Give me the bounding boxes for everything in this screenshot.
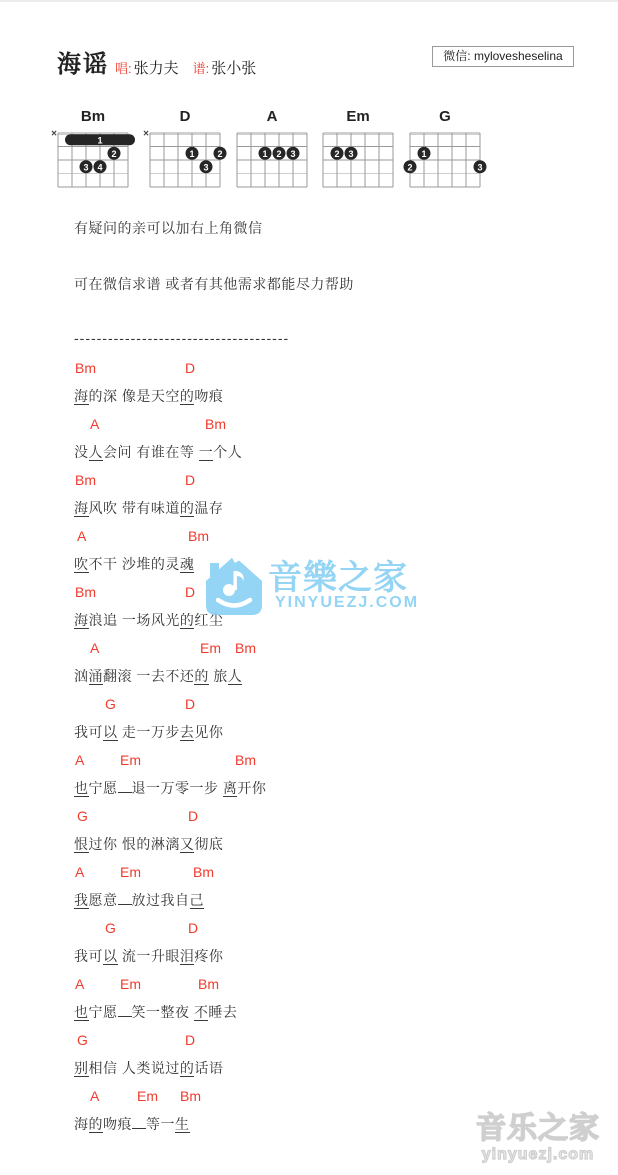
- lyric-segment: 我可: [74, 724, 103, 740]
- lyric-segment: 的: [180, 388, 195, 405]
- lyric-segment: 己: [190, 892, 205, 909]
- chord-label: D: [185, 690, 195, 718]
- svg-text:1: 1: [262, 149, 267, 159]
- chord-diagram-d: D×123: [141, 110, 229, 194]
- lyric-segment: 流一升眼: [118, 948, 180, 964]
- lyric-segment: 相信 人类说过: [89, 1060, 180, 1076]
- chord-label: Bm: [235, 634, 256, 662]
- lyric-segment: 去: [180, 724, 195, 741]
- chord-name: Em: [314, 110, 402, 124]
- lyric-segment: 话语: [194, 1060, 223, 1076]
- lyric-segment: 放过我自: [132, 892, 190, 908]
- lyric-line: 吹不干 沙堆的灵魂: [74, 550, 604, 578]
- lyric-segment: 翻滚 一去不还: [103, 668, 194, 684]
- svg-text:1: 1: [189, 149, 194, 159]
- lyric-segment: 会问 有谁在等: [103, 444, 199, 460]
- lyric-segment: 浪追 一场风光: [89, 612, 180, 628]
- lyric-segment: 愿意: [89, 892, 118, 908]
- wechat-contact-box: 微信: mylovesheselina: [432, 46, 574, 67]
- top-divider-line: [0, 0, 618, 2]
- lyric-segment: 人: [89, 444, 104, 461]
- chord-label: D: [185, 354, 195, 382]
- lyric-line: 海浪追 一场风光的红尘: [74, 606, 604, 634]
- svg-text:2: 2: [334, 149, 339, 159]
- chord-name: A: [228, 110, 316, 124]
- lyric-segment: 过你 恨的淋漓: [89, 836, 180, 852]
- lyric-segment: 生: [175, 1116, 190, 1133]
- chord-label: Bm: [180, 1082, 201, 1110]
- singer-label: 唱:: [115, 61, 132, 76]
- chord-name: Bm: [49, 110, 137, 124]
- lyric-segment: 彻底: [194, 836, 223, 852]
- lyric-segment: 也: [74, 780, 89, 797]
- chord-diagram-g: G123: [401, 110, 489, 194]
- lyric-segment: 泪: [180, 948, 195, 965]
- chord-name: D: [141, 110, 229, 124]
- credits: 唱:张力夫谱:张小张: [115, 57, 270, 78]
- chord-grid: ×123: [141, 126, 229, 194]
- svg-text:2: 2: [217, 149, 222, 159]
- lyric-line: 我可以 流一升眼泪疼你: [74, 942, 604, 970]
- lyric-segment: 的深 像是天空: [89, 388, 180, 404]
- lyric-segment: 没: [74, 444, 89, 460]
- lyric-segment: 吻痕: [194, 388, 223, 404]
- svg-text:3: 3: [83, 162, 88, 172]
- lyric-segment: 人: [228, 668, 243, 685]
- chord-label: G: [105, 690, 116, 718]
- song-title: 海谣: [57, 44, 109, 79]
- lyric-segment: 风吹 带有味道: [89, 500, 180, 516]
- chord-line: AEmBm: [74, 858, 604, 886]
- chord-line: ABm: [74, 410, 604, 438]
- svg-text:2: 2: [407, 162, 412, 172]
- lyric-segment: 走一万步: [118, 724, 180, 740]
- lyric-segment: 海: [74, 1116, 89, 1132]
- lyric-segment: 旅: [209, 668, 228, 684]
- chord-line: BmD: [74, 466, 604, 494]
- lyric-segment: 的: [89, 1116, 104, 1133]
- chord-line: GD: [74, 1026, 604, 1054]
- chord-label: A: [90, 410, 99, 438]
- chord-sheet-page: 海谣 唱:张力夫谱:张小张 微信: mylovesheselina Bm×123…: [0, 0, 618, 1175]
- lyric-segment: 笑一整夜: [132, 1004, 194, 1020]
- chord-line: ABm: [74, 522, 604, 550]
- lyric-segment: 离: [223, 780, 238, 797]
- chord-line: GD: [74, 690, 604, 718]
- lyric-segment: 也: [74, 1004, 89, 1021]
- dashed-divider: --------------------------------------: [74, 330, 289, 346]
- chord-diagrams-row: Bm×1234D×123A123Em23G123: [0, 110, 618, 200]
- chord-line: BmD: [74, 578, 604, 606]
- lyric-segment: 海: [74, 500, 89, 517]
- chord-label: Em: [200, 634, 221, 662]
- lyric-segment: 等一: [146, 1116, 175, 1132]
- svg-text:1: 1: [421, 149, 426, 159]
- underline-blank: [118, 887, 132, 905]
- song-body: BmD海的深 像是天空的吻痕ABm没人会问 有谁在等 一个人BmD海风吹 带有味…: [74, 354, 604, 1138]
- lyric-segment: 的: [180, 612, 195, 629]
- lyric-segment: 涌: [89, 668, 104, 685]
- chord-label: Bm: [198, 970, 219, 998]
- lyric-line: 也宁愿退一万零一步 离开你: [74, 774, 604, 802]
- chord-line: BmD: [74, 354, 604, 382]
- chord-label: G: [105, 914, 116, 942]
- chord-label: D: [188, 802, 198, 830]
- chord-label: Bm: [75, 354, 96, 382]
- underline-blank: [118, 999, 132, 1017]
- chord-name: G: [401, 110, 489, 124]
- chord-label: G: [77, 802, 88, 830]
- chord-label: Em: [120, 858, 141, 886]
- svg-text:3: 3: [477, 162, 482, 172]
- chord-line: GD: [74, 914, 604, 942]
- lyric-segment: 疼你: [194, 948, 223, 964]
- lyric-segment: 睡去: [208, 1004, 237, 1020]
- chord-line: AEmBm: [74, 1082, 604, 1110]
- lyric-segment: 以: [103, 948, 118, 965]
- lyric-line: 别相信 人类说过的话语: [74, 1054, 604, 1082]
- svg-text:2: 2: [111, 149, 116, 159]
- chord-grid: 123: [228, 126, 316, 194]
- composer-name: 张小张: [211, 60, 256, 77]
- chord-grid: 23: [314, 126, 402, 194]
- lyric-segment: 我: [74, 892, 89, 909]
- lyric-segment: 魂: [180, 556, 195, 573]
- lyric-segment: 以: [103, 724, 118, 741]
- lyric-line: 我可以 走一万步去见你: [74, 718, 604, 746]
- lyric-segment: 我可: [74, 948, 103, 964]
- note-line-2: 可在微信求谱 或者有其他需求都能尽力帮助: [74, 274, 354, 294]
- chord-label: Bm: [205, 410, 226, 438]
- chord-label: A: [75, 970, 84, 998]
- chord-label: A: [90, 1082, 99, 1110]
- chord-label: Em: [120, 970, 141, 998]
- chord-line: AEmBm: [74, 634, 604, 662]
- chord-label: A: [90, 634, 99, 662]
- lyric-segment: 温存: [194, 500, 223, 516]
- lyric-segment: 吻痕: [103, 1116, 132, 1132]
- lyric-segment: 的: [194, 668, 209, 685]
- chord-diagram-a: A123: [228, 110, 316, 194]
- lyric-segment: 的: [180, 500, 195, 517]
- chord-label: D: [185, 466, 195, 494]
- lyric-segment: 退一万零一步: [132, 780, 223, 796]
- lyric-line: 没人会问 有谁在等 一个人: [74, 438, 604, 466]
- lyric-segment: 海: [74, 612, 89, 629]
- svg-text:1: 1: [97, 135, 102, 145]
- svg-text:3: 3: [290, 149, 295, 159]
- lyric-line: 我愿意放过我自己: [74, 886, 604, 914]
- composer-label: 谱:: [193, 61, 210, 76]
- corner-watermark-site: yinyuezj.com: [468, 1146, 608, 1164]
- lyric-segment: 恨: [74, 836, 89, 853]
- svg-text:2: 2: [276, 149, 281, 159]
- lyric-line: 汹涌翻滚 一去不还的 旅人: [74, 662, 604, 690]
- chord-diagram-bm: Bm×1234: [49, 110, 137, 194]
- lyric-segment: 一: [199, 444, 214, 461]
- lyric-segment: 开你: [237, 780, 266, 796]
- lyric-line: 也宁愿笑一整夜 不睡去: [74, 998, 604, 1026]
- lyric-segment: 汹: [74, 668, 89, 684]
- lyric-segment: 的: [180, 1060, 195, 1077]
- chord-line: AEmBm: [74, 746, 604, 774]
- chord-label: D: [185, 1026, 195, 1054]
- lyric-segment: 不干 沙堆的灵: [89, 556, 180, 572]
- chord-line: AEmBm: [74, 970, 604, 998]
- chord-label: D: [188, 914, 198, 942]
- underline-blank: [132, 1111, 146, 1129]
- lyric-line: 海的深 像是天空的吻痕: [74, 382, 604, 410]
- singer-name: 张力夫: [134, 60, 179, 77]
- chord-label: A: [75, 746, 84, 774]
- chord-label: Bm: [235, 746, 256, 774]
- lyric-segment: 宁愿: [89, 780, 118, 796]
- chord-diagram-em: Em23: [314, 110, 402, 194]
- chord-grid: 123: [401, 126, 489, 194]
- lyric-segment: 宁愿: [89, 1004, 118, 1020]
- lyric-segment: 海: [74, 388, 89, 405]
- lyric-segment: 见你: [194, 724, 223, 740]
- lyric-line: 海的吻痕等一生: [74, 1110, 604, 1138]
- chord-line: GD: [74, 802, 604, 830]
- lyric-segment: 又: [180, 836, 195, 853]
- lyric-segment: 个人: [213, 444, 242, 460]
- chord-label: D: [185, 578, 195, 606]
- chord-label: G: [77, 1026, 88, 1054]
- svg-text:3: 3: [348, 149, 353, 159]
- muted-string-mark: ×: [143, 129, 149, 140]
- lyric-line: 恨过你 恨的淋漓又彻底: [74, 830, 604, 858]
- chord-grid: ×1234: [49, 126, 137, 194]
- svg-text:4: 4: [97, 162, 102, 172]
- underline-blank: [118, 775, 132, 793]
- chord-label: Em: [137, 1082, 158, 1110]
- lyric-line: 海风吹 带有味道的温存: [74, 494, 604, 522]
- chord-label: Bm: [75, 466, 96, 494]
- chord-label: A: [75, 858, 84, 886]
- lyric-segment: 红尘: [194, 612, 223, 628]
- muted-string-mark: ×: [51, 129, 57, 140]
- chord-label: Em: [120, 746, 141, 774]
- lyric-segment: 不: [194, 1004, 209, 1021]
- lyric-segment: 吹: [74, 556, 89, 573]
- svg-text:3: 3: [203, 162, 208, 172]
- chord-label: Bm: [75, 578, 96, 606]
- chord-label: Bm: [188, 522, 209, 550]
- lyric-segment: 别: [74, 1060, 89, 1077]
- chord-label: Bm: [193, 858, 214, 886]
- note-line-1: 有疑问的亲可以加右上角微信: [74, 218, 263, 238]
- chord-label: A: [77, 522, 86, 550]
